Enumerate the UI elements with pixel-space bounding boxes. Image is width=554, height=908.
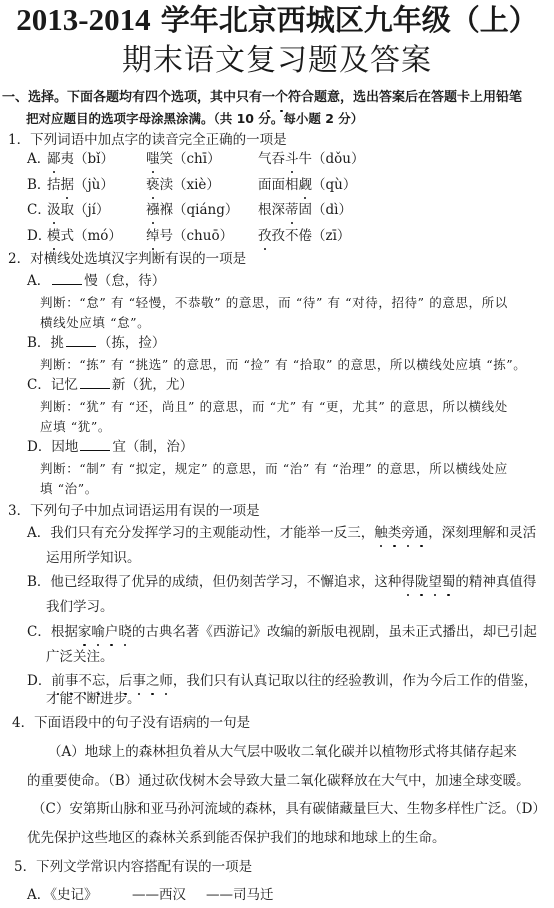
question-5-stem: 5．下列文学常识内容搭配有误的一项是 bbox=[14, 858, 252, 876]
emphasis-phrase: 后事之师 bbox=[119, 673, 173, 689]
paragraph-line: （A）地球上的森林担负着从大气层中吸收二氧化碳并以植物形式将其储存起来 bbox=[48, 743, 517, 761]
section-heading-part: 符合题意，选出答案后在答题卡上用铅笔 bbox=[288, 90, 522, 105]
emphasis-char: 通 bbox=[415, 524, 429, 542]
emphasis-phrase: 家喻户晓 bbox=[78, 624, 132, 640]
emphasis-char: 师 bbox=[159, 672, 173, 690]
emphasis-char: 事 bbox=[132, 672, 146, 690]
judgement-text: 判断：“怠” 有 “轻慢，不恭敬” 的意思，而 “待” 有 “对待，招待” 的意… bbox=[40, 294, 508, 312]
option-word-1: 拮据（jù） bbox=[47, 176, 114, 194]
emphasis-char: 事 bbox=[65, 672, 79, 690]
section-instructions: 把对应题目的选项字母涂黑涂满。（共 10 分。每小题 2 分） bbox=[26, 110, 363, 128]
option-word-3: 孜孜不倦（zī） bbox=[258, 227, 350, 245]
question-2-option-a: A．慢（怠，待） bbox=[27, 272, 165, 290]
emphasis-char: 户 bbox=[105, 623, 119, 641]
document-title-line2: 期末语文复习题及答案 bbox=[0, 40, 554, 82]
emphasis-char: 不 bbox=[78, 672, 92, 690]
option-word-2: 亵渎（xiè） bbox=[146, 176, 220, 194]
question-3-option-c: C．根据家喻户晓的古典名著《西游记》改编的新版电视剧，虽未正式播出，却已引起 bbox=[27, 623, 537, 641]
judgement-text: 应填 “犹”。 bbox=[40, 418, 111, 436]
document-title-line1: 2013-2014 学年北京西城区九年级（上） bbox=[0, 2, 554, 38]
emphasis-char: 喻 bbox=[91, 623, 105, 641]
question-5-option-a-dynasty: ——西汉 bbox=[132, 886, 186, 904]
emphasis-phrase: 触类旁通 bbox=[374, 525, 428, 541]
question-3-option-d: D．前事不忘，后事之师，我们只有认真记取以往的经验教训，作为今后工作的借鉴， bbox=[27, 672, 537, 690]
emphasis-phrase: 得陇望蜀 bbox=[401, 574, 455, 590]
section-heading: 一、选择。下面各题均有四个选项，其中只有一个符合题意，选出答案后在答题卡上用铅笔 bbox=[2, 89, 522, 107]
judgement-text: 判断：“犹” 有 “还，尚且” 的意思，而 “尤” 有 “更，尤其” 的意思，所… bbox=[40, 398, 508, 416]
emphasis-char: 忘 bbox=[92, 672, 106, 690]
paragraph-line: 的重要使命。（B）通过砍伐树木会导致大量二氧化碳释放在大气中，加速全球变暖。 bbox=[27, 772, 530, 790]
question-2-option-c: C．记忆新（犹，尤） bbox=[27, 376, 193, 394]
option-word-3: 面面相觑（qù） bbox=[258, 176, 356, 194]
question-5-option-a-author: ——司马迁 bbox=[206, 886, 274, 904]
option-word-3: 气吞斗牛（dǒu） bbox=[258, 150, 364, 168]
paragraph-line: （C）安第斯山脉和亚马孙河流域的森林，具有碳储藏量巨大、生物多样性广泛。（D） bbox=[32, 800, 546, 818]
option-continuation: 才能不断进步。 bbox=[46, 690, 141, 708]
emphasis-char: 类 bbox=[388, 524, 402, 542]
option-word-2: 襁褓（qiáng） bbox=[146, 201, 238, 219]
emphasis-char: 晓 bbox=[118, 623, 132, 641]
question-4-stem: 4．下面语段中的句子没有语病的一句是 bbox=[12, 714, 250, 732]
title-text: 学年北京西城区九年级（上） bbox=[161, 3, 538, 37]
question-2-stem: 2．对横线处选填汉字判断有误的一项是 bbox=[8, 250, 246, 268]
emphasis-char: 望 bbox=[428, 573, 442, 591]
judgement-text: 判断：“拣” 有 “挑选” 的意思，而 “捡” 有 “拾取” 的意思，所以横线处… bbox=[40, 356, 526, 374]
emphasis-char: 旁 bbox=[401, 524, 415, 542]
question-5-option-a-work: A．《史记》 bbox=[27, 886, 98, 904]
option-continuation: 运用所学知识。 bbox=[46, 549, 141, 567]
question-3-option-a: A．我们只有充分发挥学习的主观能动性，才能举一反三，触类旁通，深刻理解和灵活 bbox=[27, 524, 536, 542]
question-1-stem: 1．下列词语中加点字的读音完全正确的一项是 bbox=[8, 131, 287, 149]
title-year: 2013-2014 bbox=[16, 2, 150, 37]
question-2-option-d: D．因地宜（制，治） bbox=[27, 438, 193, 456]
emphasis-char: 前 bbox=[51, 672, 65, 690]
judgement-text: 填 “治”。 bbox=[40, 480, 98, 498]
section-heading-part: 一、选择。下面各题均有四个选项，其中只有 bbox=[2, 90, 262, 105]
question-3-option-b: B．他已经取得了优异的成绩，但仍刻苦学习，不懈追求，这种得陇望蜀的精神真值得 bbox=[27, 573, 536, 591]
question-3-stem: 3．下列句子中加点词语运用有误的一项是 bbox=[8, 502, 260, 520]
fill-blank bbox=[80, 376, 110, 389]
emphasis-char: 之 bbox=[146, 672, 160, 690]
option-continuation: 广泛关注。 bbox=[46, 648, 114, 666]
paragraph-line: 优先保护这些地区的森林关系到能否保护我们的地球和地球上的生命。 bbox=[27, 829, 446, 847]
option-word-1: 模式（mó） bbox=[47, 227, 122, 245]
option-word-2: 嗤笑（chī） bbox=[146, 150, 221, 168]
judgement-text: 判断：“制” 有 “拟定，规定” 的意思，而 “治” 有 “治理” 的意思，所以… bbox=[40, 460, 508, 478]
fill-blank bbox=[52, 272, 82, 285]
option-word-1: 汲取（jí） bbox=[47, 201, 110, 219]
emphasis-char: 蜀 bbox=[442, 573, 456, 591]
emphasis-char: 一 bbox=[262, 89, 275, 107]
emphasis-char: 触 bbox=[374, 524, 388, 542]
emphasis-char: 陇 bbox=[415, 573, 429, 591]
emphasis-char: 后 bbox=[119, 672, 133, 690]
fill-blank bbox=[80, 438, 110, 451]
emphasis-char: 家 bbox=[78, 623, 92, 641]
judgement-text: 横线处应填 “怠”。 bbox=[40, 314, 150, 332]
emphasis-char: 个 bbox=[275, 89, 288, 107]
option-word-2: 绰号（chuō） bbox=[146, 227, 233, 245]
option-word-1: 鄙夷（bǐ） bbox=[47, 150, 114, 168]
question-2-option-b: B．挑（拣，捡） bbox=[27, 334, 165, 352]
emphasis-phrase: 前事不忘 bbox=[51, 673, 105, 689]
option-continuation: 我们学习。 bbox=[46, 598, 114, 616]
fill-blank bbox=[66, 334, 96, 347]
emphasis-char: 得 bbox=[401, 573, 415, 591]
option-word-3: 根深蒂固（dì） bbox=[258, 201, 352, 219]
